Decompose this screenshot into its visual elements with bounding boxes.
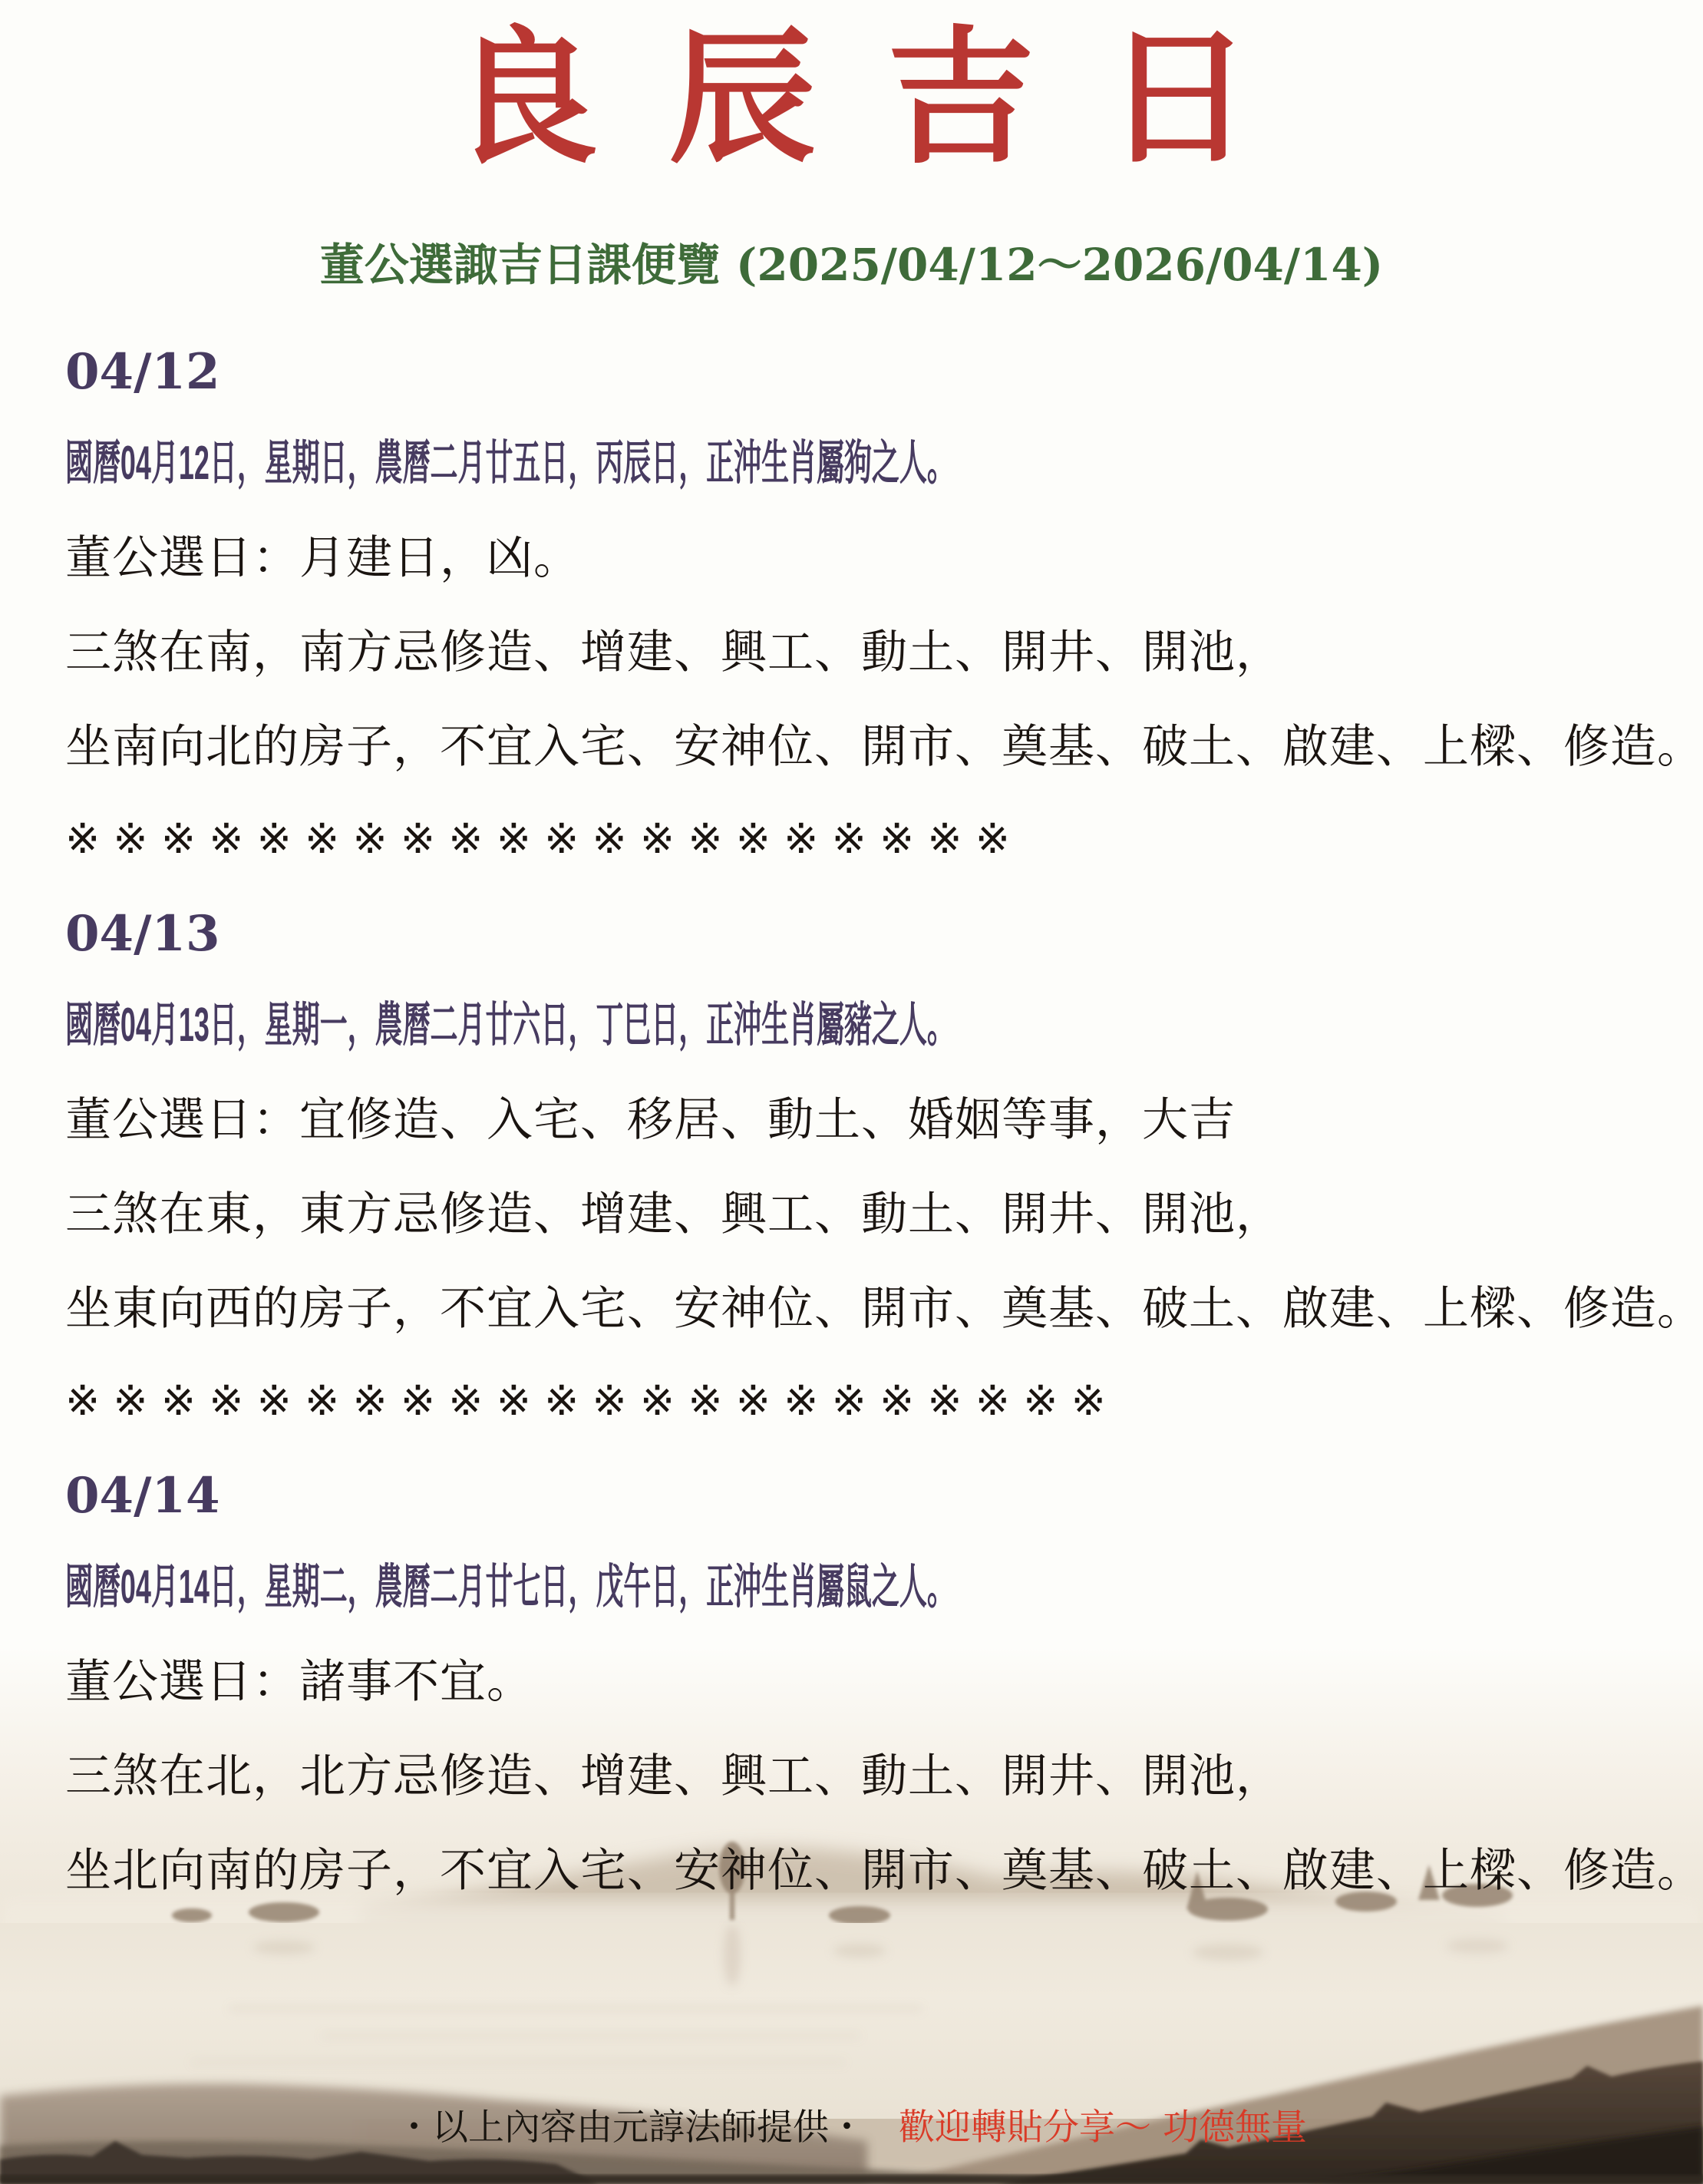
day-house: 坐東向西的房子，不宜入宅、安神位、開市、奠基、破土、啟建、上樑、修造。 — [65, 1281, 1680, 1337]
almanac-poster: 良辰吉日 董公選諏吉日課便覽 (2025/04/12～2026/04/14) — [0, 0, 1703, 2184]
day-sansha: 三煞在北，北方忌修造、增建、興工、動土、開井、開池， — [65, 1749, 1680, 1804]
day-sections: 04/12 國曆04月12日，星期日，農曆二月廿五日，丙辰日，正沖生肖屬狗之人。… — [65, 344, 1680, 1938]
day-date: 04/13 — [65, 906, 1680, 963]
day-selection: 董公選日：宜修造、入宅、移居、動土、婚姻等事，大吉 — [65, 1092, 1680, 1148]
day-sansha: 三煞在東，東方忌修造、增建、興工、動土、開井、開池， — [65, 1187, 1680, 1242]
page-subtitle: 董公選諏吉日課便覽 (2025/04/12～2026/04/14) — [0, 238, 1703, 292]
day-date: 04/14 — [65, 1468, 1680, 1525]
day-date: 04/12 — [65, 344, 1680, 401]
day-summary: 國曆04月13日，星期一，農曆二月廿六日，丁巳日，正沖生肖屬豬之人。 — [65, 998, 1002, 1053]
day-selection: 董公選日：諸事不宜。 — [65, 1654, 1680, 1710]
footer: ・以上內容由元諄法師提供・歡迎轉貼分享～ 功德無量 — [0, 2105, 1703, 2151]
day-summary: 國曆04月12日，星期日，農曆二月廿五日，丙辰日，正沖生肖屬狗之人。 — [65, 436, 1002, 491]
separator-row: ※ ※ ※ ※ ※ ※ ※ ※ ※ ※ ※ ※ ※ ※ ※ ※ ※ ※ ※ ※ — [65, 814, 1680, 864]
day-house: 坐北向南的房子，不宜入宅、安神位、開市、奠基、破土、啟建、上樑、修造。 — [65, 1843, 1680, 1898]
day-selection: 董公選日：月建日，凶。 — [65, 530, 1680, 586]
day-house: 坐南向北的房子，不宜入宅、安神位、開市、奠基、破土、啟建、上樑、修造。 — [65, 719, 1680, 775]
footer-provider: ・以上內容由元諄法師提供・ — [396, 2106, 865, 2149]
page-title: 良辰吉日 — [0, 21, 1703, 175]
footer-share-note: 歡迎轉貼分享～ 功德無量 — [899, 2106, 1307, 2149]
day-section: 04/12 國曆04月12日，星期日，農曆二月廿五日，丙辰日，正沖生肖屬狗之人。… — [65, 344, 1680, 864]
landscape-bottom-strip — [0, 2175, 1703, 2184]
day-section: 04/14 國曆04月14日，星期二，農曆二月廿七日，戊午日，正沖生肖屬鼠之人。… — [65, 1468, 1680, 1898]
day-sansha: 三煞在南，南方忌修造、增建、興工、動土、開井、開池， — [65, 625, 1680, 680]
day-section: 04/13 國曆04月13日，星期一，農曆二月廿六日，丁巳日，正沖生肖屬豬之人。… — [65, 906, 1680, 1426]
day-summary: 國曆04月14日，星期二，農曆二月廿七日，戊午日，正沖生肖屬鼠之人。 — [65, 1560, 1002, 1615]
separator-row: ※ ※ ※ ※ ※ ※ ※ ※ ※ ※ ※ ※ ※ ※ ※ ※ ※ ※ ※ ※ … — [65, 1376, 1680, 1426]
